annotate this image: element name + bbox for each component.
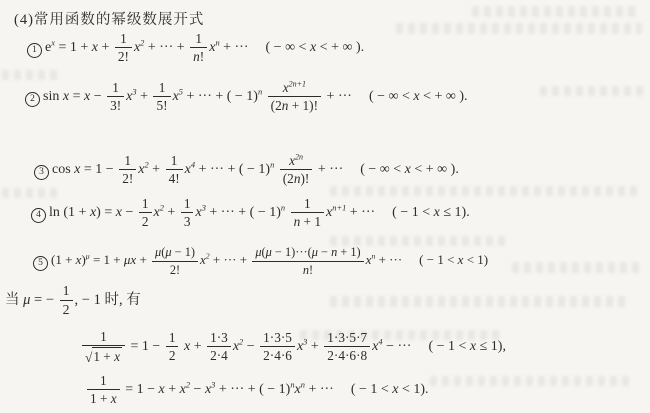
- formula-inverse-sqrt-series: 1√1 + x = 1 − 12 x + 1·32·4x2 − 1·3·52·4…: [80, 324, 506, 370]
- formula-geometric-series: 11 + x = 1 − x + x2 − x3 + ··· + ( − 1)n…: [85, 367, 429, 413]
- formula-sin-series: 2sin x = x − 13!x3 + 15!x5 + ··· + ( − 1…: [25, 74, 468, 120]
- formula-ln-series: 4ln (1 + x) = x − 12x2 + 13x3 + ··· + ( …: [31, 190, 470, 236]
- bleedthrough-smudge: [396, 23, 642, 34]
- bleedthrough-smudge: [512, 262, 642, 273]
- formula-cos-series: 3cos x = 1 − 12!x2 + 14!x4 + ··· + ( − 1…: [34, 147, 459, 193]
- bleedthrough-smudge: [430, 376, 630, 386]
- bleedthrough-smudge: [540, 86, 645, 96]
- formula-exp-series: 1ex = 1 + x + 12!x2 + ··· + 1n!xn + ···(…: [27, 25, 364, 71]
- textbook-page: (4)常用函数的幂级数展开式 1ex = 1 + x + 12!x2 + ···…: [0, 0, 650, 413]
- bleedthrough-smudge: [330, 296, 630, 307]
- bleedthrough-smudge: [472, 6, 640, 17]
- mu-condition-text: 当 μ = − 12, − 1 时, 有: [5, 277, 141, 323]
